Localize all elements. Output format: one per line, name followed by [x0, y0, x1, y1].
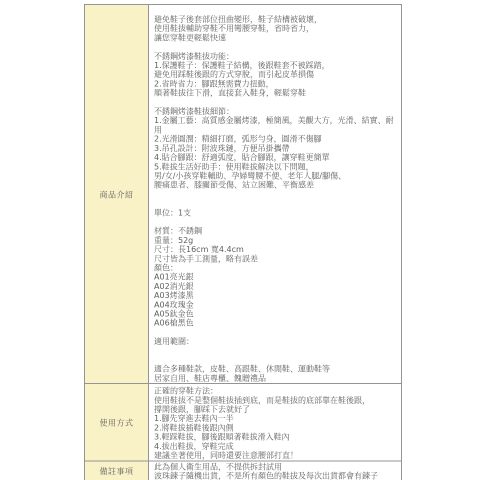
row-label-notes: 備註事項	[85, 461, 149, 480]
row-content-product-intro: 避免鞋子後套部位扭曲變形，鞋子結構被破壞， 使用鞋拔輔助穿鞋不用彎腰穿鞋，省時省…	[149, 5, 402, 384]
spec-table-container: 商品介紹 避免鞋子後套部位扭曲變形，鞋子結構被破壞， 使用鞋拔輔助穿鞋不用彎腰穿…	[84, 4, 404, 480]
table-row-usage: 使用方式 正確的穿鞋方法： 使用鞋拔不是整個鞋拔插到底，而是鞋拔的底部靠在鞋後跟…	[85, 384, 402, 461]
row-content-usage: 正確的穿鞋方法： 使用鞋拔不是整個鞋拔插到底，而是鞋拔的底部靠在鞋後跟， 撐開後…	[149, 384, 402, 461]
table-row-product-intro: 商品介紹 避免鞋子後套部位扭曲變形，鞋子結構被破壞， 使用鞋拔輔助穿鞋不用彎腰穿…	[85, 5, 402, 384]
row-label-usage: 使用方式	[85, 384, 149, 461]
table-row-notes: 備註事項 此為個人衛生用品，不提供拆封試用 波珠鍊子隨機出貨，不是所有顏色的鞋拔…	[85, 461, 402, 480]
product-detail-page: 商品介紹 避免鞋子後套部位扭曲變形，鞋子結構被破壞， 使用鞋拔輔助穿鞋不用彎腰穿…	[0, 0, 480, 480]
row-label-product-intro: 商品介紹	[85, 5, 149, 384]
product-spec-table: 商品介紹 避免鞋子後套部位扭曲變形，鞋子結構被破壞， 使用鞋拔輔助穿鞋不用彎腰穿…	[84, 4, 402, 480]
row-content-notes: 此為個人衛生用品，不提供拆封試用 波珠鍊子隨機出貨，不是所有顏色的鞋拔及每次出貨…	[149, 461, 402, 480]
